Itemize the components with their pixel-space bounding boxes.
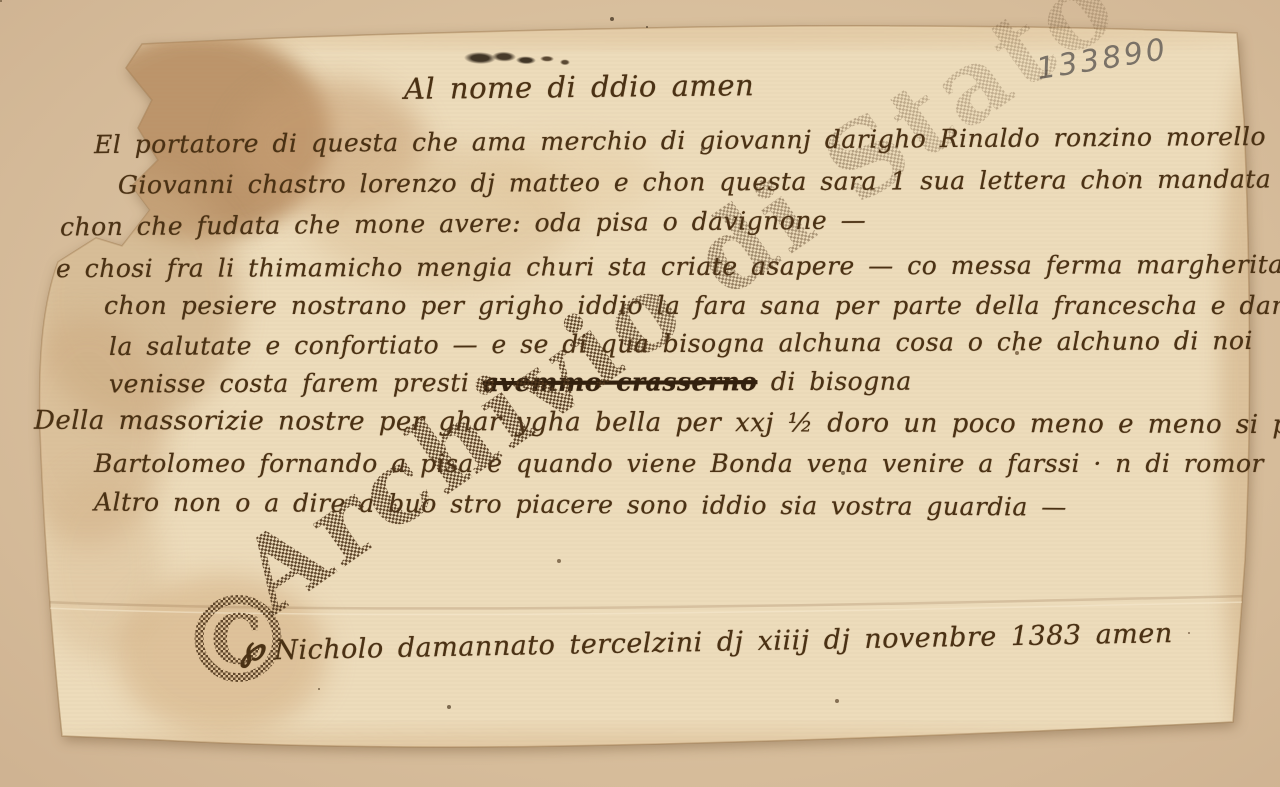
scanned-manuscript-letter: Al nome di ddio amen El portatore di que…	[0, 0, 1280, 787]
stain	[40, 732, 1260, 762]
manuscript-line: Giovanni chastro lorenzo dj matteo e cho…	[118, 163, 1280, 199]
manuscript-line: Della massorizie nostre per ghar ygha be…	[34, 406, 1280, 441]
ink-smudge	[452, 46, 583, 71]
manuscript-line: Bartolomeo fornando a pisa e quando vien…	[94, 449, 1264, 478]
manuscript-line-text: di bisogna	[757, 367, 911, 397]
manuscript-line: Altro non o a dire a buo stro piacere so…	[94, 487, 1067, 521]
paper-specks	[0, 0, 2, 2]
letter-heading: Al nome di ddio amen	[404, 68, 755, 106]
